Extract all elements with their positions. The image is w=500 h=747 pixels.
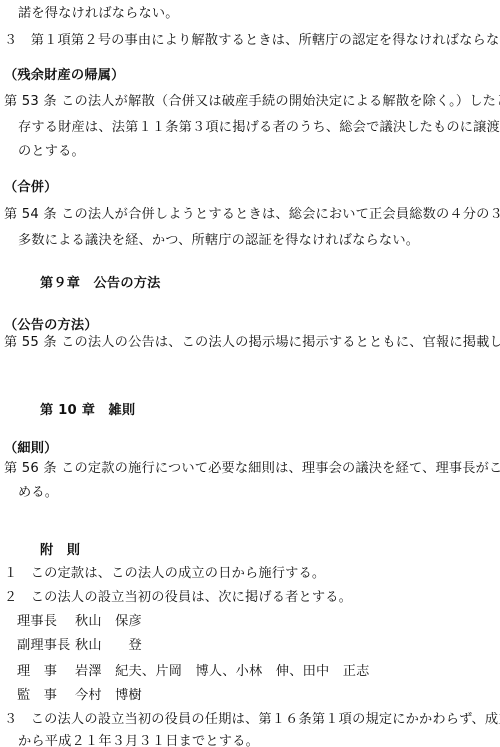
chapter-heading: 第 10 章 雑則 bbox=[40, 403, 135, 419]
supplementary-1: １ この定款は、この法人の成立の日から施行する。 bbox=[4, 566, 325, 582]
supplementary-heading: 附 則 bbox=[40, 543, 80, 559]
officer-role: 監 事 bbox=[17, 688, 75, 704]
officer-names: 岩澤 紀夫、片岡 博人、小林 伸、田中 正志 bbox=[75, 664, 370, 679]
article-caption: （細則） bbox=[4, 441, 58, 457]
supplementary-2: ２ この法人の設立当初の役員は、次に掲げる者とする。 bbox=[4, 590, 352, 606]
officer-row: 理事長秋山 保彦 bbox=[17, 614, 142, 630]
article-54: 第 54 条 この法人が合併しようとするときは、総会において正会員総数の４分の３… bbox=[4, 207, 500, 223]
text-line: める。 bbox=[18, 485, 58, 501]
text-line: 存する財産は、法第１１条第３項に掲げる者のうち、総会で議決したものに譲渡するも bbox=[18, 120, 500, 136]
text-line: 多数による議決を経、かつ、所轄庁の認証を得なければならない。 bbox=[18, 233, 419, 249]
officer-row: 監 事今村 博樹 bbox=[17, 688, 142, 704]
article-53: 第 53 条 この法人が解散（合併又は破産手続の開始決定による解散を除く。）した… bbox=[4, 94, 500, 110]
text-line: から平成２１年３月３１日までとする。 bbox=[18, 734, 259, 747]
supplementary-3: ３ この法人の設立当初の役員の任期は、第１６条第１項の規定にかかわらず、成立の日 bbox=[4, 712, 500, 728]
article-56: 第 56 条 この定款の施行について必要な細則は、理事会の議決を経て、理事長がこ… bbox=[4, 461, 500, 477]
article-caption: （残余財産の帰属） bbox=[4, 68, 125, 84]
text-line: 諾を得なければならない。 bbox=[18, 6, 179, 22]
officer-role: 副理事長 bbox=[17, 638, 75, 654]
officer-names: 今村 博樹 bbox=[75, 688, 142, 703]
article-55: 第 55 条 この法人の公告は、この法人の掲示場に掲示するとともに、官報に掲載し… bbox=[4, 335, 500, 351]
article-caption: （合併） bbox=[4, 180, 58, 196]
officer-names: 秋山 保彦 bbox=[75, 614, 142, 629]
officer-role: 理事長 bbox=[17, 614, 75, 630]
officer-row: 理 事岩澤 紀夫、片岡 博人、小林 伸、田中 正志 bbox=[17, 664, 370, 680]
officer-row: 副理事長秋山 登 bbox=[17, 638, 142, 654]
officer-role: 理 事 bbox=[17, 664, 75, 680]
officer-names: 秋山 登 bbox=[75, 638, 142, 653]
clause-3: ３ 第１項第２号の事由により解散するときは、所轄庁の認定を得なければならない。 bbox=[4, 33, 500, 49]
chapter-heading: 第９章 公告の方法 bbox=[40, 276, 161, 292]
article-caption: （公告の方法） bbox=[4, 318, 98, 334]
text-line: のとする。 bbox=[18, 144, 85, 160]
